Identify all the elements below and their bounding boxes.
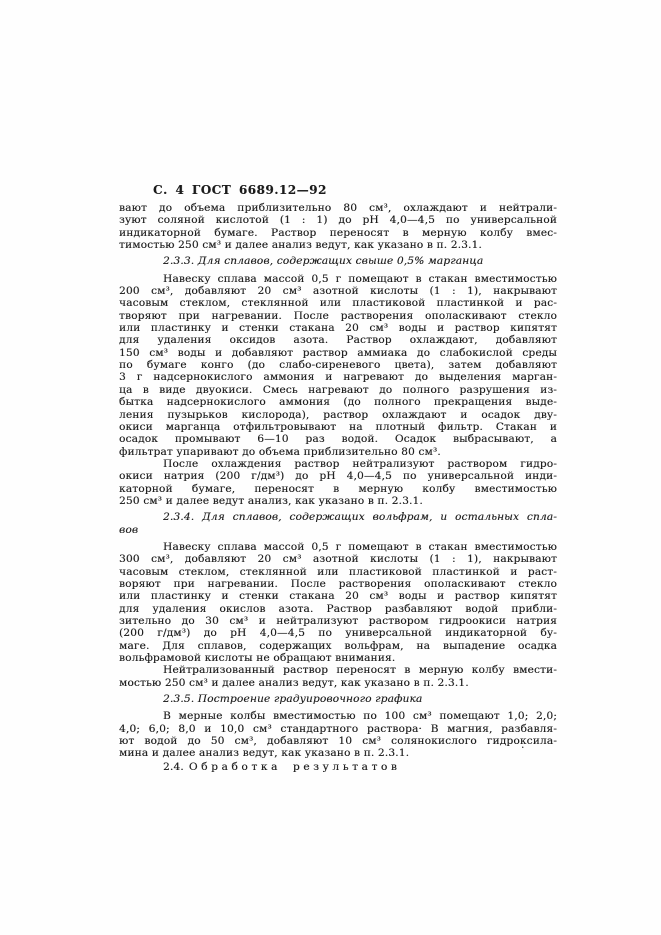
text-line: мина и далее анализ ведут, как указано в… — [119, 747, 557, 759]
text-line: Навеску сплава массой 0,5 г помещают в с… — [119, 541, 557, 553]
text-line: (200 г/дм³) до рН 4,0—4,5 по универсальн… — [119, 627, 557, 639]
text-line: фильтрат упаривают до объема приблизител… — [119, 446, 557, 458]
text-line: творяют при нагревании. После растворени… — [119, 310, 557, 322]
text-line: 200 см³, добавляют 20 см³ азотной кислот… — [119, 285, 557, 297]
paragraph: Навеску сплава массой 0,5 г помещают в с… — [119, 273, 557, 458]
text-line: ления пузырьков кислорода), раствор охла… — [119, 409, 557, 421]
heading-line: 2.3.4. Для сплавов, содержащих вольфрам,… — [119, 511, 557, 523]
section-heading: 2.3.4. Для сплавов, содержащих вольфрам,… — [119, 511, 557, 536]
text-line: ца в виде двуокиси. Смесь нагревают до п… — [119, 384, 557, 396]
paragraph: вают до объема приблизительно 80 см³, ох… — [119, 202, 557, 251]
paragraph: Нейтрализованный раствор переносят в мер… — [119, 664, 557, 689]
text-line: индикаторной бумаге. Раствор переносят в… — [119, 227, 557, 239]
heading-line: 2.3.3. Для сплавов, содержащих свыше 0,5… — [119, 255, 557, 267]
text-line: по бумаге конго (до слабо-сиреневого цве… — [119, 359, 557, 371]
text-line: 4,0; 6,0; 8,0 и 10,0 см³ стандартного ра… — [119, 723, 557, 735]
page-header-gost-number: С. 4 ГОСТ 6689.12—92 — [153, 183, 327, 197]
paragraph: После охлаждения раствор нейтрализуют ра… — [119, 458, 557, 507]
text-line: зуют соляной кислотой (1 : 1) до рН 4,0—… — [119, 214, 557, 226]
text-line: часовым стеклом, стеклянной или пластико… — [119, 297, 557, 309]
text-line: или пластинку и стенки стакана 20 см³ во… — [119, 322, 557, 334]
text-line: часовым стеклом, стеклянной или пластико… — [119, 566, 557, 578]
text-line: осадок промывают 6—10 раз водой. Осадок … — [119, 433, 557, 445]
text-line: воряют при нагревании. После растворения… — [119, 578, 557, 590]
section-heading: 2.4.Обработка результатов — [119, 761, 557, 773]
text-line: Нейтрализованный раствор переносят в мер… — [119, 664, 557, 676]
text-line: окиси марганца отфильтровывают на плотны… — [119, 421, 557, 433]
text-line: окиси натрия (200 г/дм³) до рН 4,0—4,5 п… — [119, 470, 557, 482]
heading-number: 2.4. — [163, 761, 184, 773]
text-line: тимостью 250 см³ и далее анализ ведут, к… — [119, 239, 557, 251]
section-heading: 2.3.3. Для сплавов, содержащих свыше 0,5… — [119, 255, 557, 267]
text-line: 300 см³, добавляют 20 см³ азотной кислот… — [119, 553, 557, 565]
text-line: бытка надсернокислого аммония (до полног… — [119, 396, 557, 408]
section-heading: 2.3.5. Построение градуировочного график… — [119, 693, 557, 705]
text-line: Навеску сплава массой 0,5 г помещают в с… — [119, 273, 557, 285]
text-line: 250 см³ и далее ведут анализ, как указан… — [119, 495, 557, 507]
stray-scan-dot: . — [521, 738, 525, 751]
text-line: зительно до 30 см³ и нейтрализуют раство… — [119, 615, 557, 627]
heading-line: вов — [119, 524, 557, 536]
heading-line: 2.4.Обработка результатов — [119, 761, 557, 773]
text-line: маге. Для сплавов, содержащих вольфрам, … — [119, 640, 557, 652]
document-text-column: вают до объема приблизительно 80 см³, ох… — [119, 202, 557, 773]
text-line: вают до объема приблизительно 80 см³, ох… — [119, 202, 557, 214]
text-line: каторной бумаге, переносят в мерную колб… — [119, 483, 557, 495]
text-line: вольфрамовой кислоты не обращают внимани… — [119, 652, 557, 664]
text-line: 3 г надсернокислого аммония и нагревают … — [119, 371, 557, 383]
text-line: ют водой до 50 см³, добавляют 10 см³ сол… — [119, 735, 557, 747]
scanned-document-page: С. 4 ГОСТ 6689.12—92 вают до объема приб… — [0, 0, 661, 935]
heading-line: 2.3.5. Построение градуировочного график… — [119, 693, 557, 705]
heading-spaced-text: Обработка результатов — [189, 761, 401, 773]
text-line: мостью 250 см³ и далее анализ ведут, как… — [119, 677, 557, 689]
text-line: для удаления окислов азота. Раствор разб… — [119, 603, 557, 615]
text-line: или пластинку и стенки стакана 20 см³ во… — [119, 590, 557, 602]
text-line: После охлаждения раствор нейтрализуют ра… — [119, 458, 557, 470]
paragraph: Навеску сплава массой 0,5 г помещают в с… — [119, 541, 557, 664]
text-line: 150 см³ воды и добавляют раствор аммиака… — [119, 347, 557, 359]
text-line: для удаления оксидов азота. Раствор охла… — [119, 334, 557, 346]
text-line: В мерные колбы вместимостью по 100 см³ п… — [119, 710, 557, 722]
paragraph: В мерные колбы вместимостью по 100 см³ п… — [119, 710, 557, 759]
